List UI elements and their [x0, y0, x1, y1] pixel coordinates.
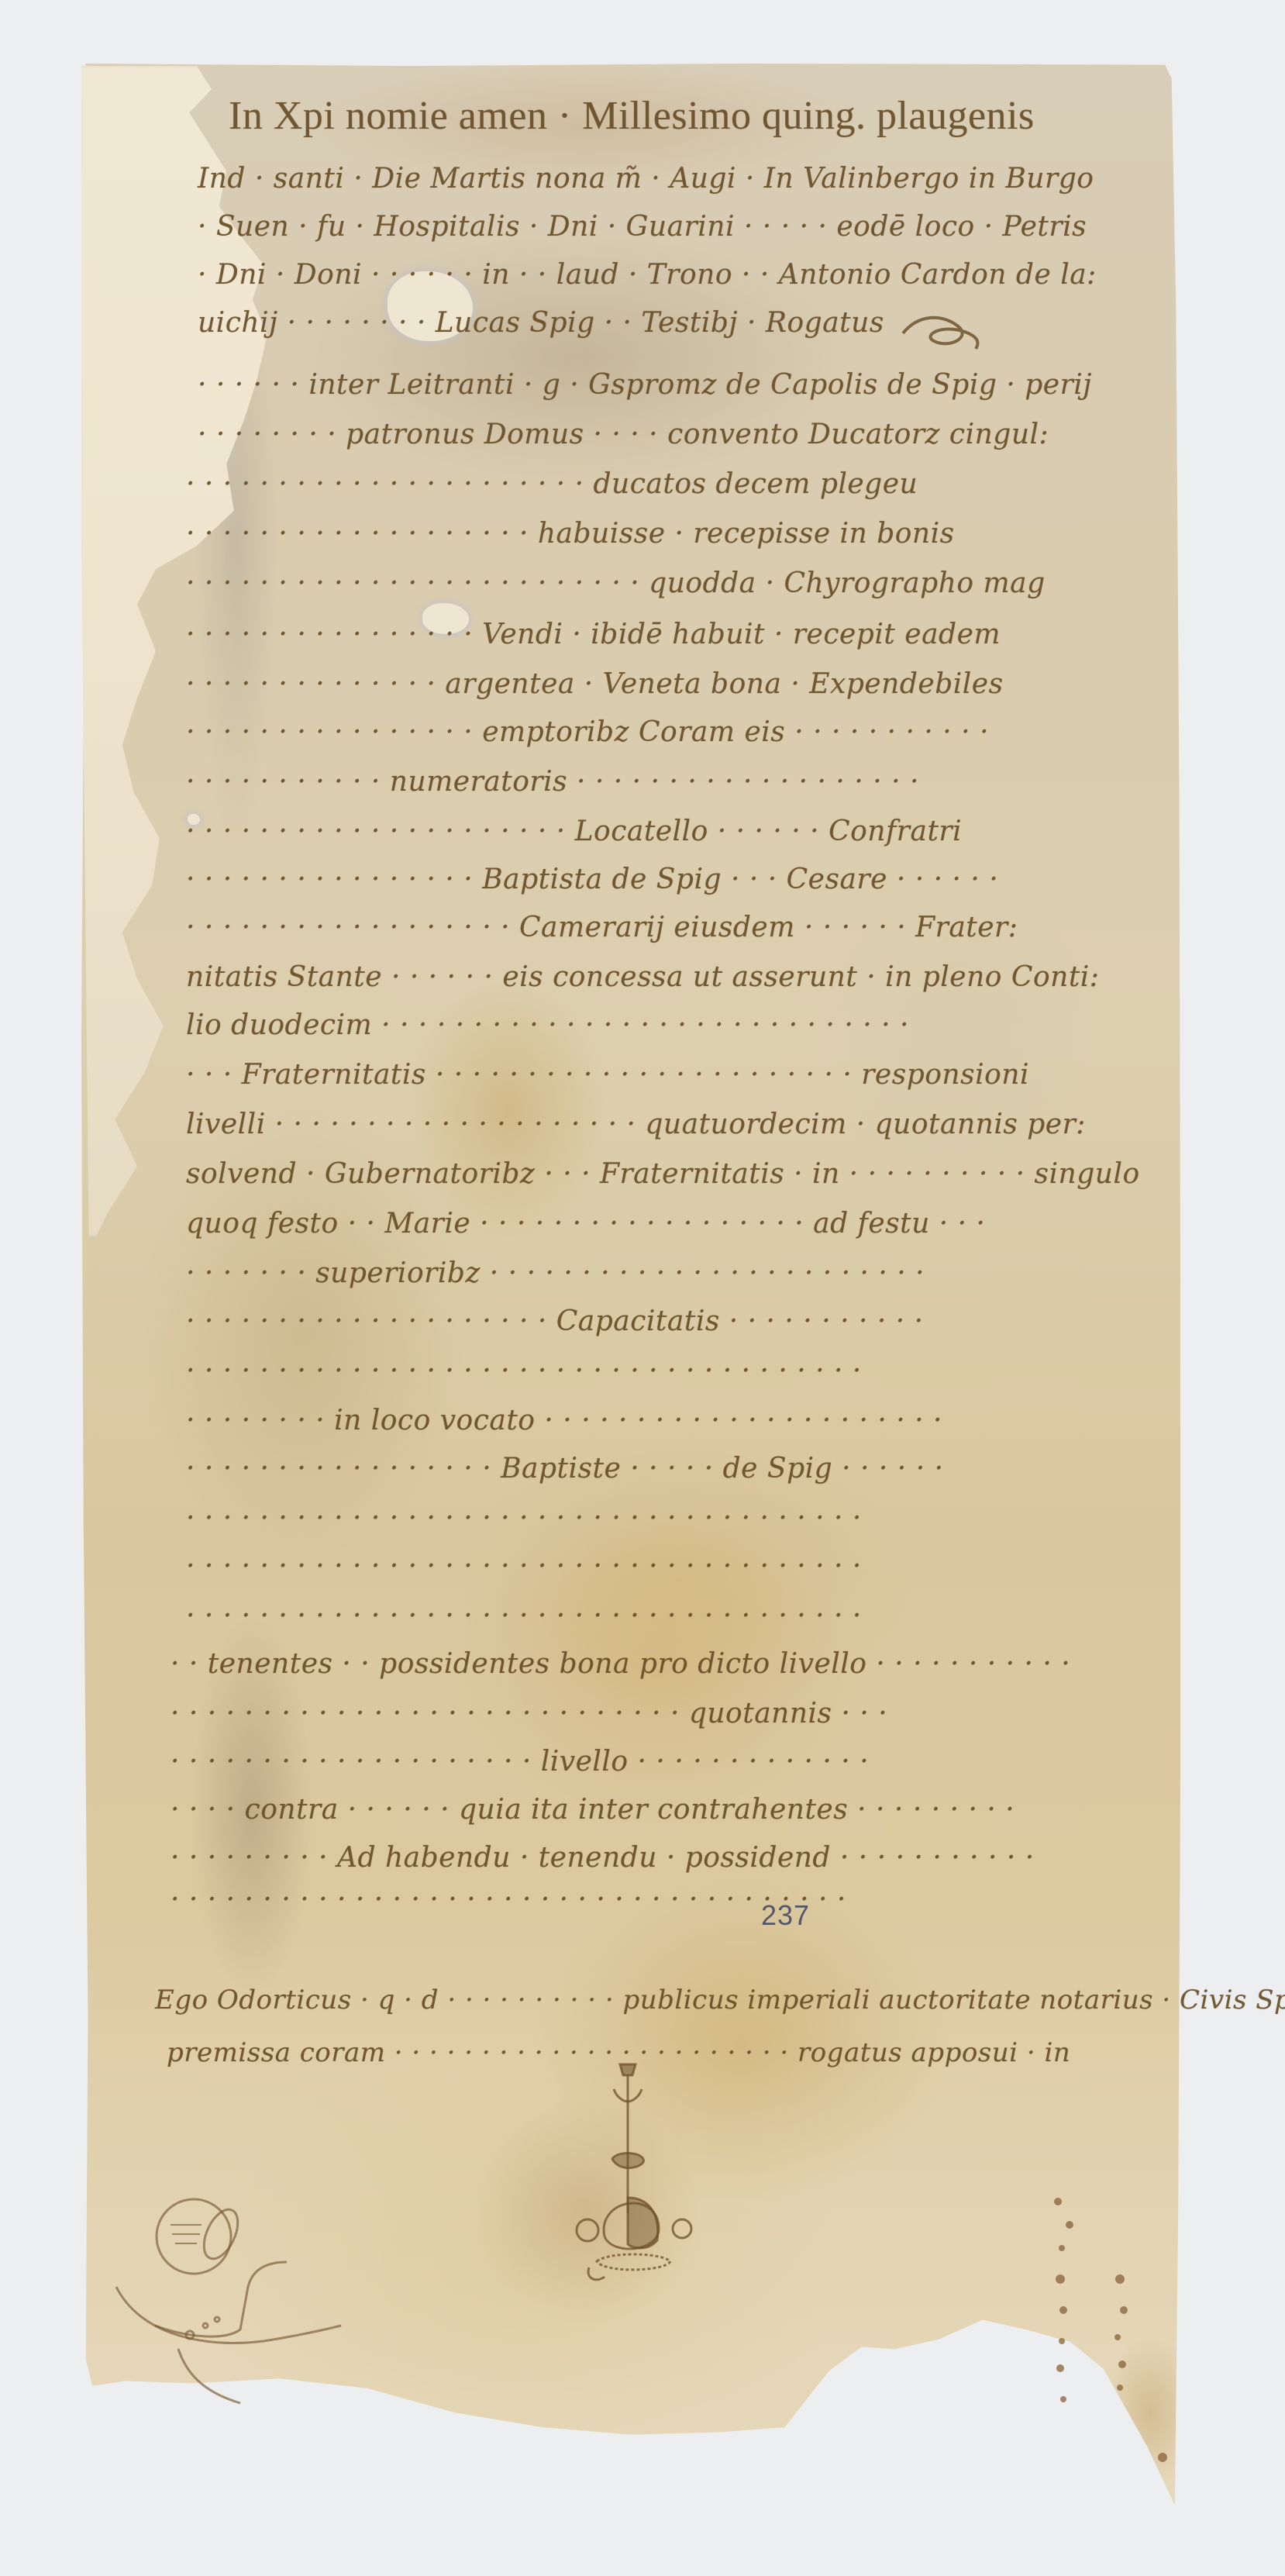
text-line: · · · · · · · · · · · · · · · · Baptista… — [186, 864, 998, 895]
text-line: lio duodecim · · · · · · · · · · · · · ·… — [186, 1009, 909, 1041]
folio-number: 237 — [761, 1899, 810, 1932]
notary-sign-icon — [574, 2058, 698, 2291]
text-line: · · · · · · · · · · · · · · · · · · · · … — [186, 468, 918, 500]
text-line: · · · · · · · superioribz · · · · · · · … — [186, 1257, 925, 1289]
text-line: nitatis Stante · · · · · · eis concessa … — [186, 961, 1099, 993]
text-line: · · · · · · · · · · · · · · · · · · · · … — [171, 1746, 869, 1778]
text-line: · · · · · · · · · · · · · · · · · · · · … — [186, 1355, 862, 1387]
text-line: · · · · · · · · · · · · · · · · · · · ha… — [186, 518, 955, 550]
text-line: · · · · · · · · · · · · · · · · · · · · … — [186, 816, 962, 847]
text-line: · · · · · · · · · · · · · · · · · · · · … — [186, 1550, 862, 1582]
text-line: · · · · · · · · patronus Domus · · · · c… — [198, 419, 1049, 450]
text-line: · Suen · fu · Hospitalis · Dni · Guarini… — [198, 211, 1087, 243]
text-line: · · · · · · · · · · · · · · · · · Baptis… — [186, 1453, 944, 1485]
text-line: uichij · · · · · · · · Lucas Spig · · Te… — [198, 307, 884, 339]
text-line: · · · · · · · · · · · numeratoris · · · … — [186, 766, 919, 798]
text-line: · · · · · · · · · · · · · · · · emptorib… — [186, 716, 989, 748]
notary-subscription-line: Ego Odorticus · q · d · · · · · · · · · … — [155, 1985, 1285, 2016]
text-line: · · · · · · · · · · · · · · · · · · Came… — [186, 912, 1018, 943]
text-line: · · tenentes · · possidentes bona pro di… — [171, 1648, 1070, 1680]
text-line: · · · · · · · · · · · · · · · · Vendi · … — [186, 619, 1001, 650]
text-line: · · · · · · · · · · · · · · · · · · · · … — [186, 567, 1046, 599]
faded-margin-notes — [1015, 2155, 1170, 2481]
text-line-incipit: In Xpi nomie amen · Millesimo quing. pla… — [229, 93, 1035, 139]
text-line: · · · · · · · · · · · · · · · · · · · · … — [171, 1698, 887, 1729]
text-line: · · · · · · · · · · · · · · · · · · · · … — [171, 1884, 846, 1916]
text-line: livelli · · · · · · · · · · · · · · · · … — [186, 1109, 1086, 1140]
text-line: solvend · Gubernatoribz · · · Fraternita… — [186, 1158, 1140, 1190]
text-line: · · · · · · · · · · · · · · · · · · · · … — [186, 1600, 862, 1632]
text-line: Ind · santi · Die Martis nona m̃ · Augi … — [198, 163, 1094, 195]
flourish-icon — [895, 310, 988, 357]
text-line: · · · · · · inter Leitranti · g · Gsprom… — [198, 369, 1092, 401]
text-line: quoq festo · · Marie · · · · · · · · · ·… — [186, 1208, 985, 1240]
margin-ornament-icon — [109, 2171, 357, 2426]
text-line: · · · Fraternitatis · · · · · · · · · · … — [186, 1059, 1029, 1091]
text-line: · · · · · · · · · · · · · · · · · · · · … — [186, 1305, 924, 1337]
text-line: · Dni · Doni · · · · · · in · · laud · T… — [198, 259, 1097, 291]
text-line: · · · · · · · · in loco vocato · · · · ·… — [186, 1405, 942, 1436]
text-line: · · · · · · · · · Ad habendu · tenendu ·… — [171, 1842, 1035, 1874]
text-line: · · · · contra · · · · · · quia ita inte… — [171, 1794, 1015, 1826]
text-line: · · · · · · · · · · · · · · argentea · V… — [186, 668, 1004, 700]
text-line: · · · · · · · · · · · · · · · · · · · · … — [186, 1502, 862, 1534]
